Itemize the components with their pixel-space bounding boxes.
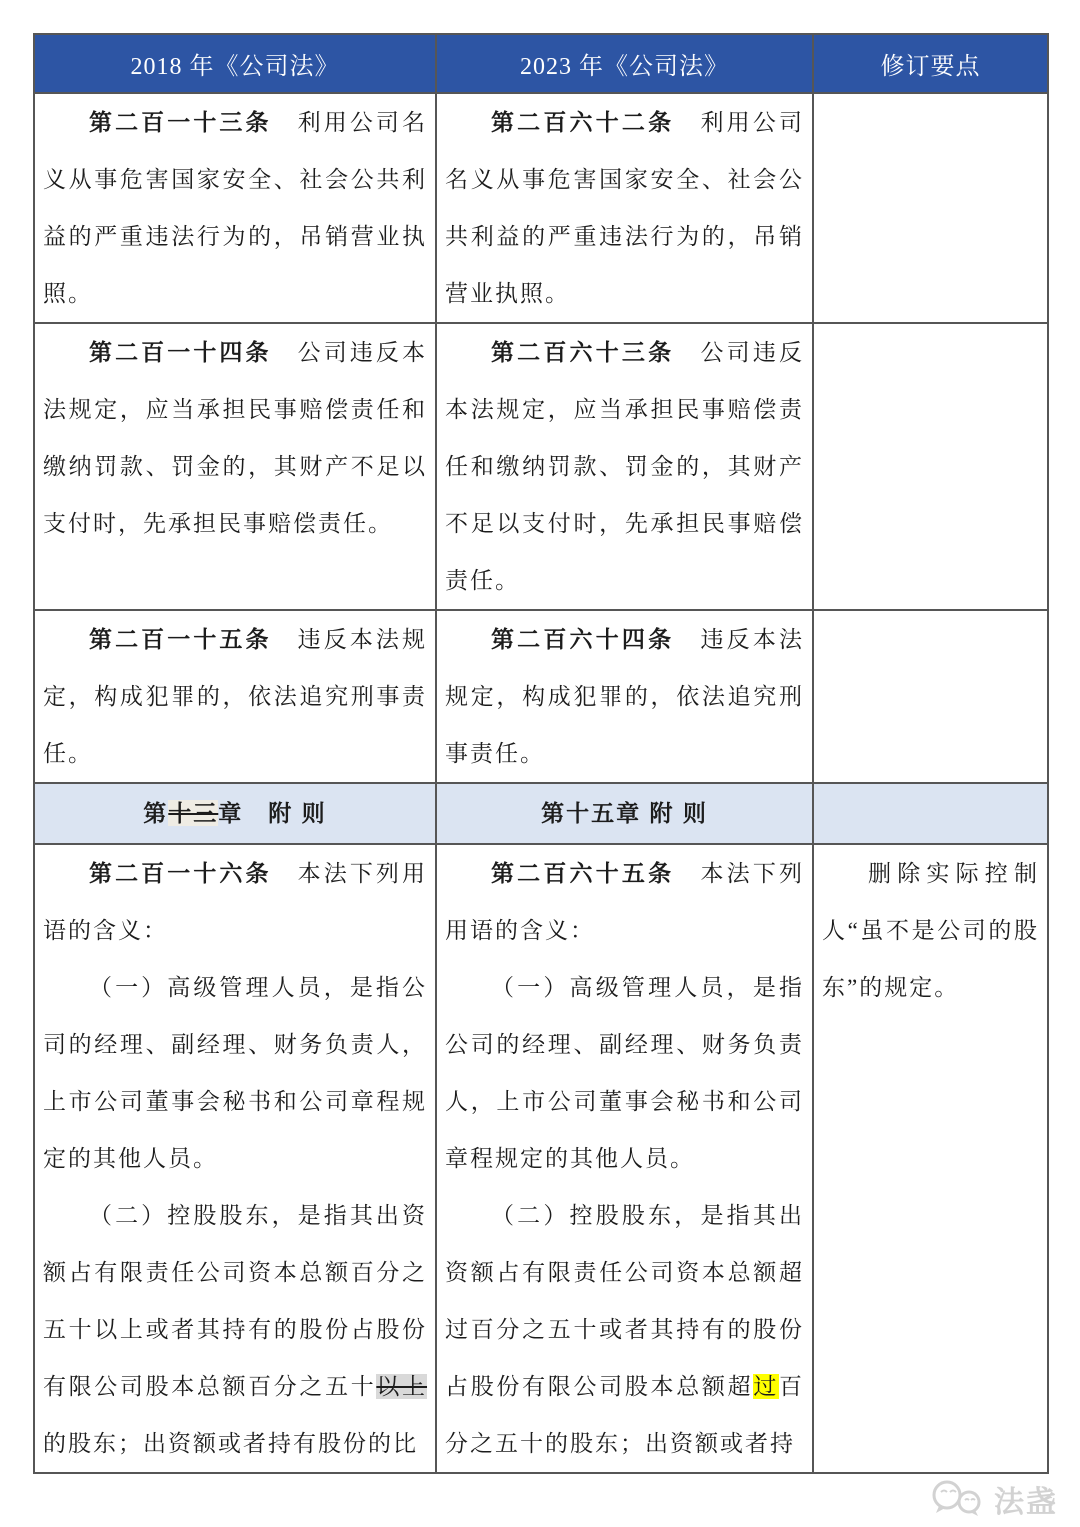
paragraph: 第十五章 附 则 (437, 784, 812, 843)
cell-notes (813, 783, 1048, 844)
strikethrough-text: 十三 (168, 800, 218, 826)
chapter-row: 第十三章 附 则第十五章 附 则 (34, 783, 1048, 844)
table-body: 第二百一十三条 利用公司名义从事危害国家安全、社会公共利益的严重违法行为的，吊销… (34, 93, 1048, 1473)
table-row: 第二百一十四条 公司违反本法规定，应当承担民事赔偿责任和缴纳罚款、罚金的，其财产… (34, 323, 1048, 610)
text-run: （二）控股股东，是指其出资额占有限责任公司资本总额百分之五十以上或者其持有的股份… (43, 1203, 427, 1399)
text-run: 章 附 则 (218, 800, 326, 826)
cell-2023: 第十五章 附 则 (436, 783, 813, 844)
cell-2023: 第二百六十三条 公司违反本法规定，应当承担民事赔偿责任和缴纳罚款、罚金的，其财产… (436, 323, 813, 610)
text-run: 第二百六十五条 (491, 860, 674, 886)
strikethrough-text: 以上 (376, 1374, 427, 1399)
text-run: 第二百六十二条 (491, 109, 674, 135)
paragraph: 第二百一十三条 利用公司名义从事危害国家安全、社会公共利益的严重违法行为的，吊销… (43, 94, 427, 322)
paragraph: 第二百六十五条 本法下列用语的含义： (445, 845, 804, 959)
cell-notes (813, 93, 1048, 323)
text-run: 第二百六十三条 (491, 339, 674, 365)
text-run: 删除实际控制人“虽不是公司的股东”的规定。 (822, 861, 1039, 1000)
text-run: 的股东；出资额或者持有股份的比 (43, 1431, 418, 1456)
table-row: 第二百一十六条 本法下列用语的含义：（一）高级管理人员，是指公司的经理、副经理、… (34, 844, 1048, 1473)
text-run: 第二百一十三条 (89, 109, 272, 135)
highlighted-text: 过 (753, 1374, 779, 1399)
cell-2018: 第十三章 附 则 (34, 783, 436, 844)
table-header: 2018 年《公司法》 2023 年《公司法》 修订要点 (34, 34, 1048, 93)
text-run: 公司违反本法规定，应当承担民事赔偿责任和缴纳罚款、罚金的，其财产不足以支付时，先… (43, 340, 427, 536)
chat-bubbles-icon (930, 1478, 988, 1520)
watermark-label: 法盏 (994, 1477, 1058, 1521)
cell-notes: 删除实际控制人“虽不是公司的股东”的规定。 (813, 844, 1048, 1473)
cell-2018: 第二百一十三条 利用公司名义从事危害国家安全、社会公共利益的严重违法行为的，吊销… (34, 93, 436, 323)
text-run: （一）高级管理人员，是指公司的经理、副经理、财务负责人，上市公司董事会秘书和公司… (43, 975, 427, 1171)
cell-notes (813, 610, 1048, 783)
paragraph: （二）控股股东，是指其出资额占有限责任公司资本总额百分之五十以上或者其持有的股份… (43, 1187, 427, 1472)
text-run: 第二百一十六条 (89, 860, 272, 886)
paragraph: 第二百一十六条 本法下列用语的含义： (43, 845, 427, 959)
paragraph: 第二百六十三条 公司违反本法规定，应当承担民事赔偿责任和缴纳罚款、罚金的，其财产… (445, 324, 804, 609)
text-run: 利用公司名义从事危害国家安全、社会公共利益的严重违法行为的，吊销营业执照。 (43, 110, 427, 306)
text-run: 第 (143, 800, 168, 826)
text-run: （二）控股股东，是指其出资额占有限责任公司资本总额超过百分之五十或者其持有的股份… (445, 1203, 804, 1399)
text-run: 第二百六十四条 (491, 626, 674, 652)
paragraph: 第十三章 附 则 (35, 784, 435, 843)
cell-2018: 第二百一十四条 公司违反本法规定，应当承担民事赔偿责任和缴纳罚款、罚金的，其财产… (34, 323, 436, 610)
text-run: 第二百一十四条 (89, 339, 272, 365)
paragraph: （二）控股股东，是指其出资额占有限责任公司资本总额超过百分之五十或者其持有的股份… (445, 1187, 804, 1472)
cell-2023: 第二百六十四条 违反本法规定，构成犯罪的，依法追究刑事责任。 (436, 610, 813, 783)
paragraph: 删除实际控制人“虽不是公司的股东”的规定。 (822, 845, 1039, 1016)
paragraph: （一）高级管理人员，是指公司的经理、副经理、财务负责人，上市公司董事会秘书和公司… (445, 959, 804, 1187)
header-2023: 2023 年《公司法》 (436, 34, 813, 93)
cell-2023: 第二百六十二条 利用公司名义从事危害国家安全、社会公共利益的严重违法行为的，吊销… (436, 93, 813, 323)
table-row: 第二百一十五条 违反本法规定，构成犯罪的，依法追究刑事责任。第二百六十四条 违反… (34, 610, 1048, 783)
paragraph: 第二百六十四条 违反本法规定，构成犯罪的，依法追究刑事责任。 (445, 611, 804, 782)
text-run: 第二百一十五条 (89, 626, 272, 652)
fazhan-watermark: 法盏 (930, 1477, 1058, 1521)
text-run: 第十五章 附 则 (541, 800, 708, 826)
paragraph: 第二百六十二条 利用公司名义从事危害国家安全、社会公共利益的严重违法行为的，吊销… (445, 94, 804, 322)
cell-2018: 第二百一十六条 本法下列用语的含义：（一）高级管理人员，是指公司的经理、副经理、… (34, 844, 436, 1473)
header-2018: 2018 年《公司法》 (34, 34, 436, 93)
text-run: 利用公司名义从事危害国家安全、社会公共利益的严重违法行为的，吊销营业执照。 (445, 110, 804, 306)
text-run: （一）高级管理人员，是指公司的经理、副经理、财务负责人，上市公司董事会秘书和公司… (445, 975, 804, 1171)
paragraph: 第二百一十五条 违反本法规定，构成犯罪的，依法追究刑事责任。 (43, 611, 427, 782)
comparison-table: 2018 年《公司法》 2023 年《公司法》 修订要点 第二百一十三条 利用公… (33, 33, 1049, 1474)
cell-notes (813, 323, 1048, 610)
paragraph: 第二百一十四条 公司违反本法规定，应当承担民事赔偿责任和缴纳罚款、罚金的，其财产… (43, 324, 427, 552)
header-notes: 修订要点 (813, 34, 1048, 93)
text-run: 公司违反本法规定，应当承担民事赔偿责任和缴纳罚款、罚金的，其财产不足以支付时，先… (445, 340, 804, 593)
cell-2018: 第二百一十五条 违反本法规定，构成犯罪的，依法追究刑事责任。 (34, 610, 436, 783)
header-row: 2018 年《公司法》 2023 年《公司法》 修订要点 (34, 34, 1048, 93)
paragraph: （一）高级管理人员，是指公司的经理、副经理、财务负责人，上市公司董事会秘书和公司… (43, 959, 427, 1187)
cell-2023: 第二百六十五条 本法下列用语的含义：（一）高级管理人员，是指公司的经理、副经理、… (436, 844, 813, 1473)
table-row: 第二百一十三条 利用公司名义从事危害国家安全、社会公共利益的严重违法行为的，吊销… (34, 93, 1048, 323)
